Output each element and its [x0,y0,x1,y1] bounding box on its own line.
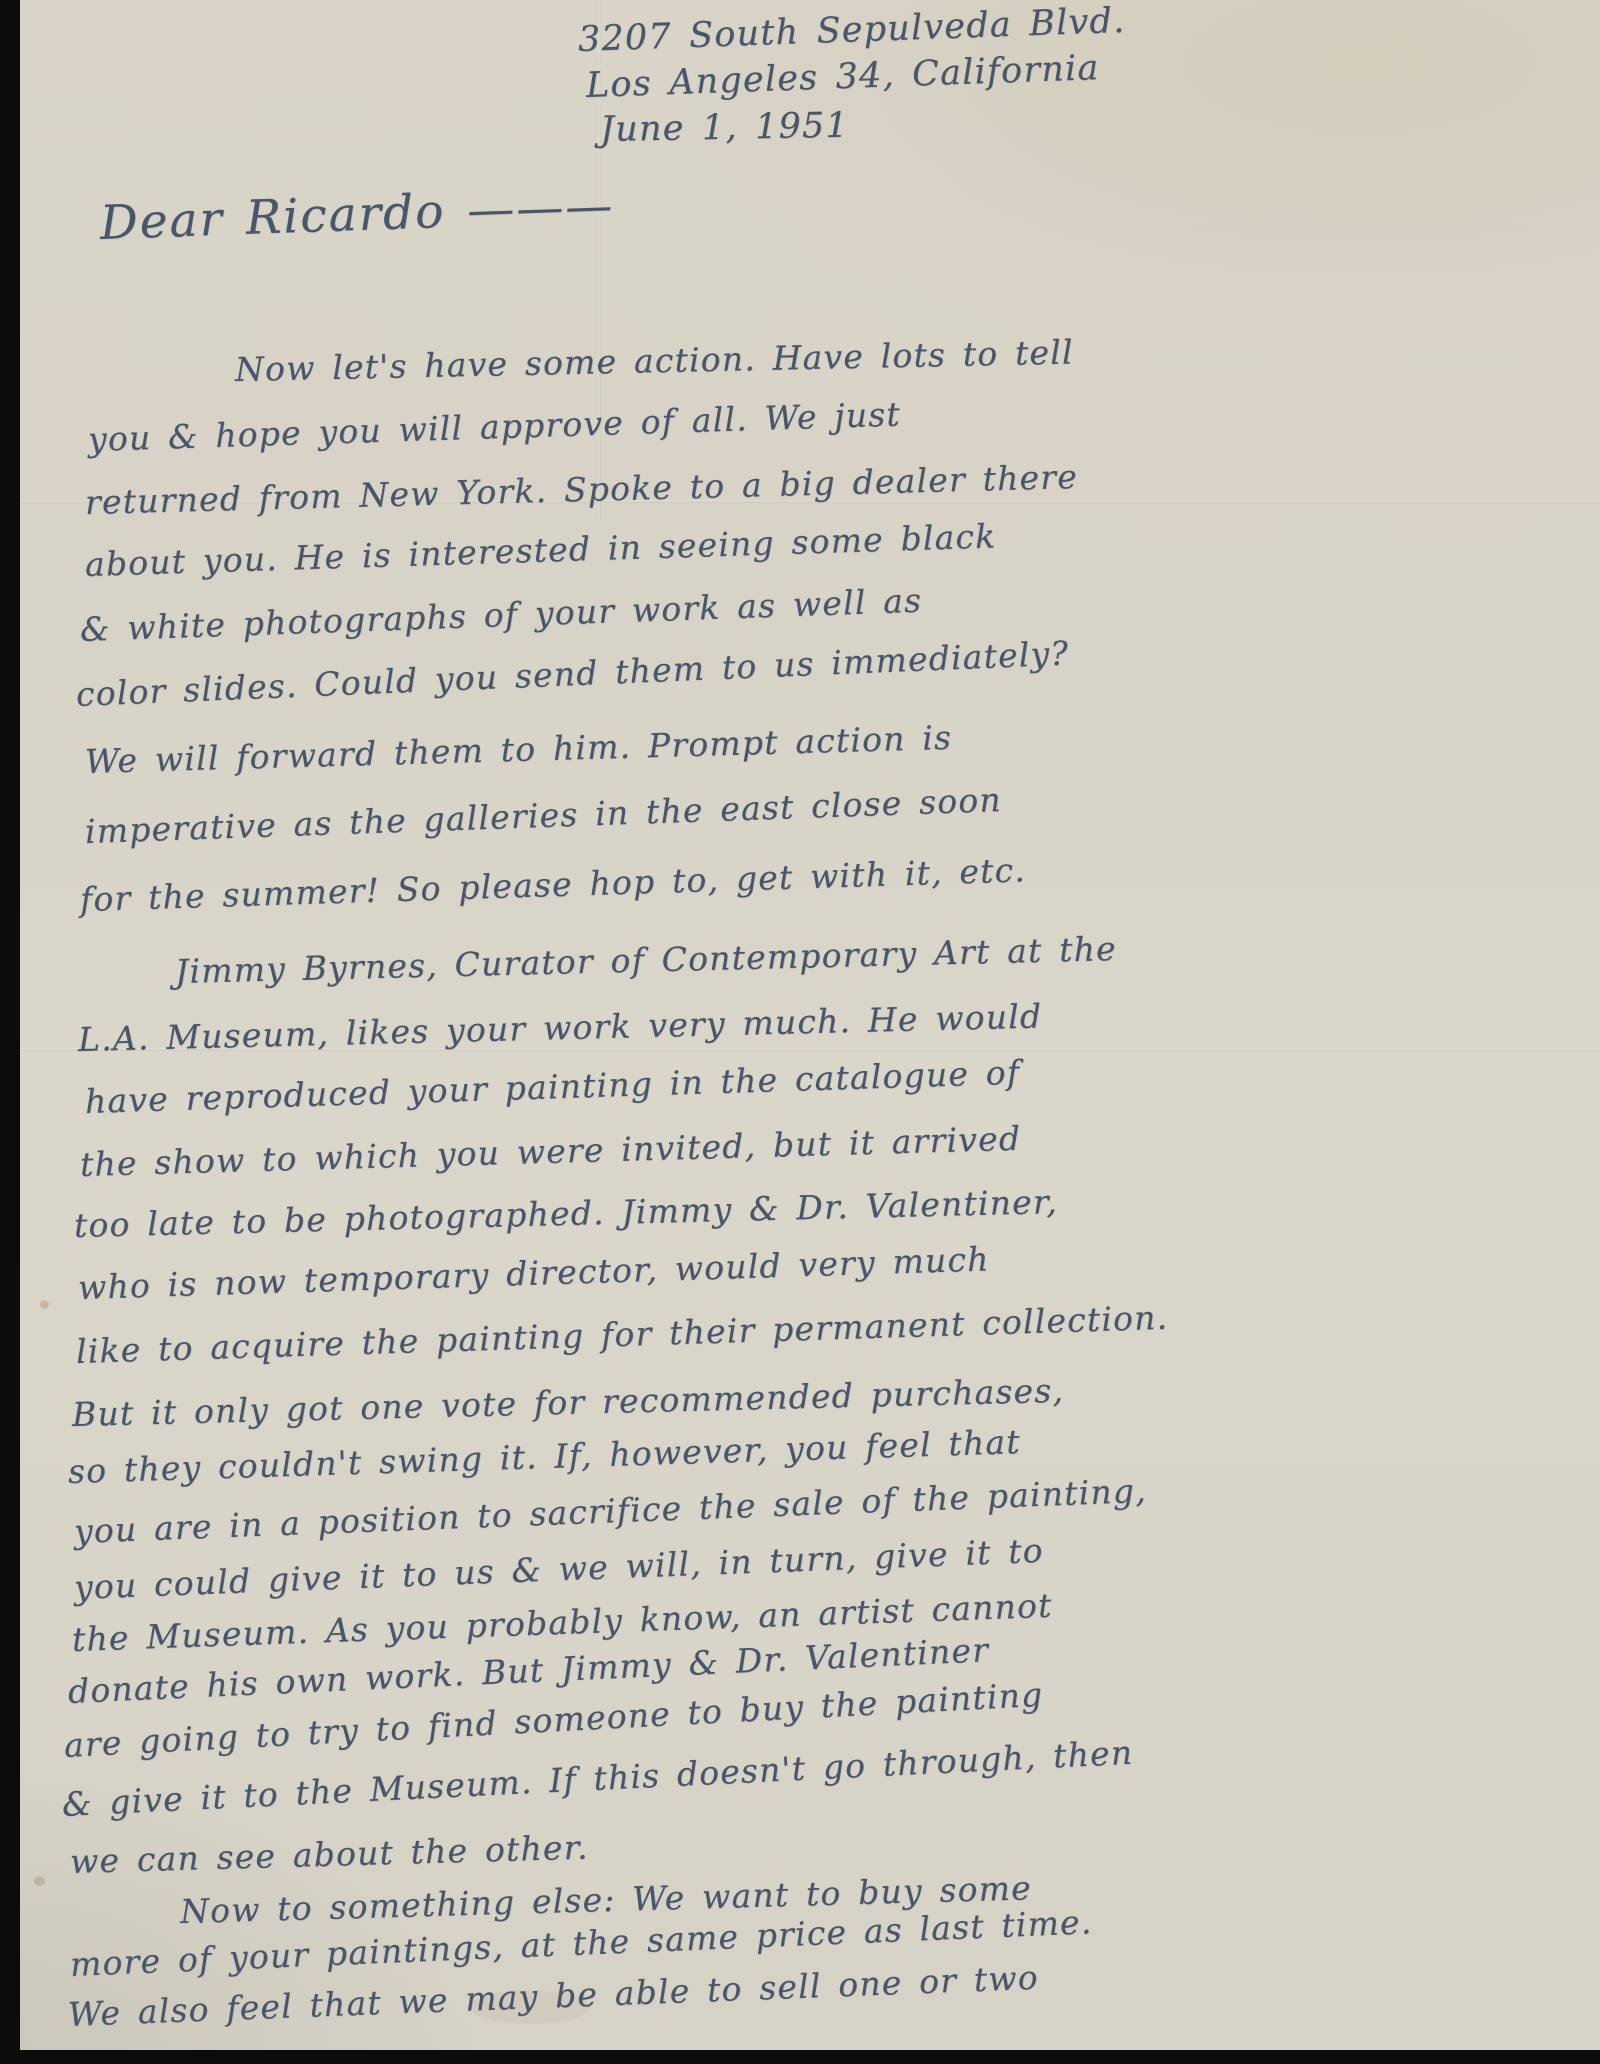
letter-line: who is now temporary director, would ver… [77,1239,990,1307]
paper-spot [34,1876,45,1886]
paper: 3207 South Sepulveda Blvd. Los Angeles 3… [0,0,1600,2064]
letter-line: Jimmy Byrnes, Curator of Contemporary Ar… [175,929,1118,991]
letter-line: color slides. Could you send them to us … [75,633,1070,714]
letter-line: for the summer! So please hop to, get wi… [79,850,1026,919]
letter-line: like to acquire the painting for their p… [75,1298,1168,1371]
paper-spot [40,1300,49,1309]
letter-line: We will forward them to him. Prompt acti… [84,718,952,781]
date-line: June 1, 1951 [600,106,850,150]
letter-line: returned from New York. Spoke to a big d… [84,457,1078,522]
letter-line: we can see about the other. [69,1828,589,1881]
letter-line: have reproduced your painting in the cat… [84,1053,1020,1121]
letter-line: you & hope you will approve of all. We j… [87,394,901,459]
letter-line: & white photographs of your work as well… [79,581,922,649]
salutation: Dear Ricardo ——— [99,178,615,251]
letter-line: the show to which you were invited, but … [79,1119,1021,1184]
scan-edge [0,0,20,2064]
letter-line: about you. He is interested in seeing so… [84,516,996,584]
scan-edge [0,2050,1600,2064]
letter-page: 3207 South Sepulveda Blvd. Los Angeles 3… [0,0,1600,2064]
letter-line: imperative as the galleries in the east … [84,780,1002,851]
letter-line: Now let's have some action. Have lots to… [235,332,1074,389]
letter-line: too late to be photographed. Jimmy & Dr.… [74,1182,1059,1245]
